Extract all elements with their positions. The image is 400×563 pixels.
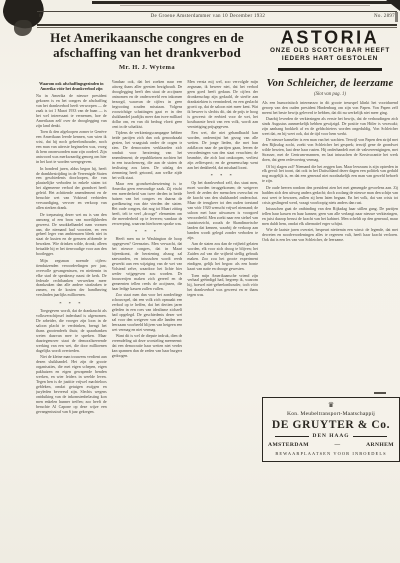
paragraph: In honderd jaren, aldus begon hij, heeft…: [36, 167, 107, 212]
gruyter-city-right: ARNHEM: [366, 442, 394, 448]
astoria-line-1: ONZE OLD SCOTCH BAR HEEFT: [262, 47, 398, 55]
crown-icon: ♛: [266, 402, 396, 409]
rule-left: [275, 436, 309, 437]
scan-edge-top-shadow: [120, 5, 370, 6]
article-intro: Waarom ook afschaffingsgezinden in Ameri…: [38, 81, 105, 91]
issue-number: No. 2897: [374, 14, 395, 19]
newspaper-page: 8 De Groene Amsterdammer van 10 December…: [0, 0, 400, 563]
paragraph: Toegegeven wordt, dat de drankzucht als …: [36, 309, 107, 354]
paragraph: De nieuwe kanselier is een man van het w…: [262, 138, 398, 163]
paragraph: De oude heeren rondom den president zien…: [262, 186, 398, 206]
masthead-text: De Groene Amsterdammer van 10 December 1…: [151, 14, 266, 19]
paragraph: Tijdens de verkiezingscampagne hebben be…: [112, 131, 183, 181]
paragraph: Zoo staat men dan voor het zonderlinge s…: [112, 293, 183, 333]
article-column-2: Vandaar ook, dat het zoeken naar een uit…: [112, 80, 183, 468]
paragraph: Daarbij leverden de verkiezingen als eer…: [262, 117, 398, 137]
gruyter-city-left: AMSTERDAM: [268, 442, 309, 448]
section-separator: * * *: [36, 301, 107, 307]
scan-artifact-dash: [374, 392, 386, 394]
header-rule-top: [37, 11, 397, 12]
schleicher-subtitle: (Slot van pag. 1): [262, 92, 398, 97]
gruyter-company-type: Kon. Meubeltransport-Maatschappij: [266, 411, 396, 417]
paragraph: Op het drankverbod zelf, dus staat men, …: [187, 181, 258, 240]
column-3-text: Men versta mij wel, zoo vervolgde mijn z…: [187, 80, 258, 298]
headline-line-2: afschaffing van het drankverbod: [34, 45, 260, 60]
headline-line-1: Het Amerikaansche congres en de: [34, 30, 260, 45]
byline: Mr. H. J. Wytema: [34, 64, 260, 71]
paragraph: Toen mijn Amerikaansche vriend zijn verh…: [187, 274, 258, 299]
paragraph: Wie de laatste jaren overziet, bespeurt …: [262, 228, 398, 243]
gruyter-services-line: BEWAARPLAATSEN VOOR INBOEDELS: [266, 451, 396, 456]
section-separator: * * *: [112, 229, 183, 235]
column-2-text: Vandaar ook, dat het zoeken naar een uit…: [112, 80, 183, 359]
paragraph: Nu in Amerika de nieuwe president gekoze…: [36, 94, 107, 129]
page-number: 8: [39, 14, 42, 19]
paragraph: Maar een grondwetsherziening is in Ameri…: [112, 182, 183, 227]
article-column-1: Waarom ook afschaffingsgezinden in Ameri…: [36, 80, 107, 468]
main-article-headline: Het Amerikaansche congres en de afschaff…: [34, 30, 260, 71]
schleicher-title: Von Schleicher, de leerzame: [262, 78, 398, 89]
paragraph: De toepassing dezer wet nu is van den aa…: [36, 213, 107, 258]
section-separator: * * *: [187, 173, 258, 179]
column-1-text: Nu in Amerika de nieuwe president gekoze…: [36, 94, 107, 414]
paragraph: Als een humoristisch intermezzo in dit g…: [262, 101, 398, 116]
gruyter-city-separator: —: [335, 442, 341, 448]
paragraph: Aan de staten zou dan de vrijheid gelate…: [187, 242, 258, 272]
gruyter-cities-row: AMSTERDAM — ARNHEM: [266, 442, 396, 448]
gruyter-advertisement: ♛ Kon. Meubeltransport-Maatschappij DE G…: [262, 397, 400, 462]
scan-artifact-top-left-2: [14, 20, 32, 36]
scan-edge-top: [92, 1, 392, 4]
paragraph: Want dit is wel de diepste indruk, dien …: [112, 334, 183, 359]
scan-artifact-top-right: [386, 0, 400, 11]
article-column-3: Men versta mij wel, zoo vervolgde mijn z…: [187, 80, 258, 468]
gruyter-company-name: DE GRUYTER & Co.: [266, 419, 396, 431]
paragraph: Een wet, die niet gehandhaafd kan worden…: [187, 131, 258, 171]
page-header: 8 De Groene Amsterdammer van 10 December…: [37, 11, 397, 28]
astoria-line-2: IEDERS HART GESTOLEN: [262, 55, 398, 63]
astoria-rule: [278, 68, 381, 71]
right-rail: ASTORIA ONZE OLD SCOTCH BAR HEEFT IEDERS…: [262, 28, 398, 363]
paragraph: Toen ik den afgeloopen zomer te Genève e…: [36, 130, 107, 165]
main-article-columns: Waarom ook afschaffingsgezinden in Ameri…: [36, 80, 258, 468]
astoria-brand: ASTORIA: [262, 28, 398, 48]
paragraph: Heeft men nu te Washington de hoop opgeg…: [112, 237, 183, 291]
paragraph: Niet de kleine man trouwens verdient aan…: [36, 355, 107, 414]
rule-right: [353, 436, 387, 437]
schleicher-body: Als een humoristisch intermezzo in dit g…: [262, 101, 398, 363]
gruyter-city-main: DEN HAAG: [313, 433, 350, 439]
paragraph: Of hij slagen zal? Niemand die het zegge…: [262, 165, 398, 185]
gruyter-city-main-row: DEN HAAG: [266, 433, 396, 439]
schleicher-article: Von Schleicher, de leerzame (Slot van pa…: [262, 78, 398, 363]
astoria-advertisement: ASTORIA ONZE OLD SCOTCH BAR HEEFT IEDERS…: [262, 28, 398, 71]
paragraph: Men versta mij wel, zoo vervolgde mijn z…: [187, 80, 258, 130]
paragraph: Vandaar ook, dat het zoeken naar een uit…: [112, 80, 183, 130]
paragraph: Intusschen gaat de ontbinding van den Ri…: [262, 207, 398, 227]
paragraph: Mijn zegsman noemde cijfers: tienduizend…: [36, 259, 107, 299]
